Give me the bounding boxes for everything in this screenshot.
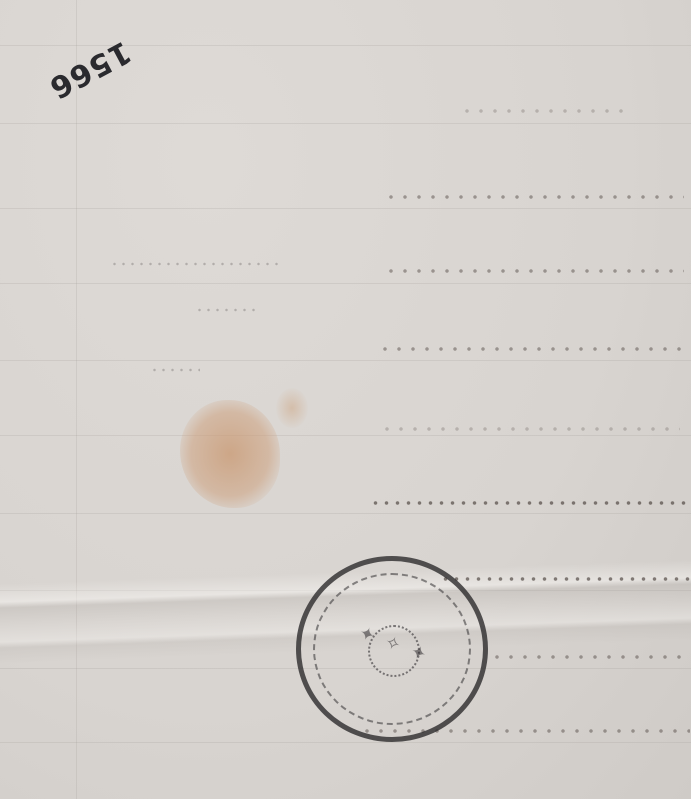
handwritten-line-1: [460, 106, 630, 116]
ruled-line: [0, 123, 691, 124]
handwritten-line-5: [380, 424, 680, 434]
handwritten-line-7: [440, 574, 690, 584]
ink-speckles: [195, 304, 255, 316]
ruled-line: [0, 360, 691, 361]
margin-line: [76, 0, 77, 799]
ruled-line: [0, 283, 691, 284]
handwritten-line-3: [384, 266, 684, 276]
ruled-line: [0, 513, 691, 514]
handwritten-line-2: [384, 192, 684, 202]
handwritten-line-8: [490, 652, 690, 662]
stain-mark: [276, 388, 308, 428]
handwritten-line-4: [378, 344, 688, 354]
ruled-line: [0, 742, 691, 743]
ruled-line: [0, 208, 691, 209]
ink-speckles: [150, 364, 200, 376]
circular-seal-stamp: ✦ ✧ ✦: [296, 556, 488, 742]
handwritten-line-6: [370, 498, 688, 508]
ink-speckles: [110, 258, 280, 270]
ruled-line: [0, 435, 691, 436]
